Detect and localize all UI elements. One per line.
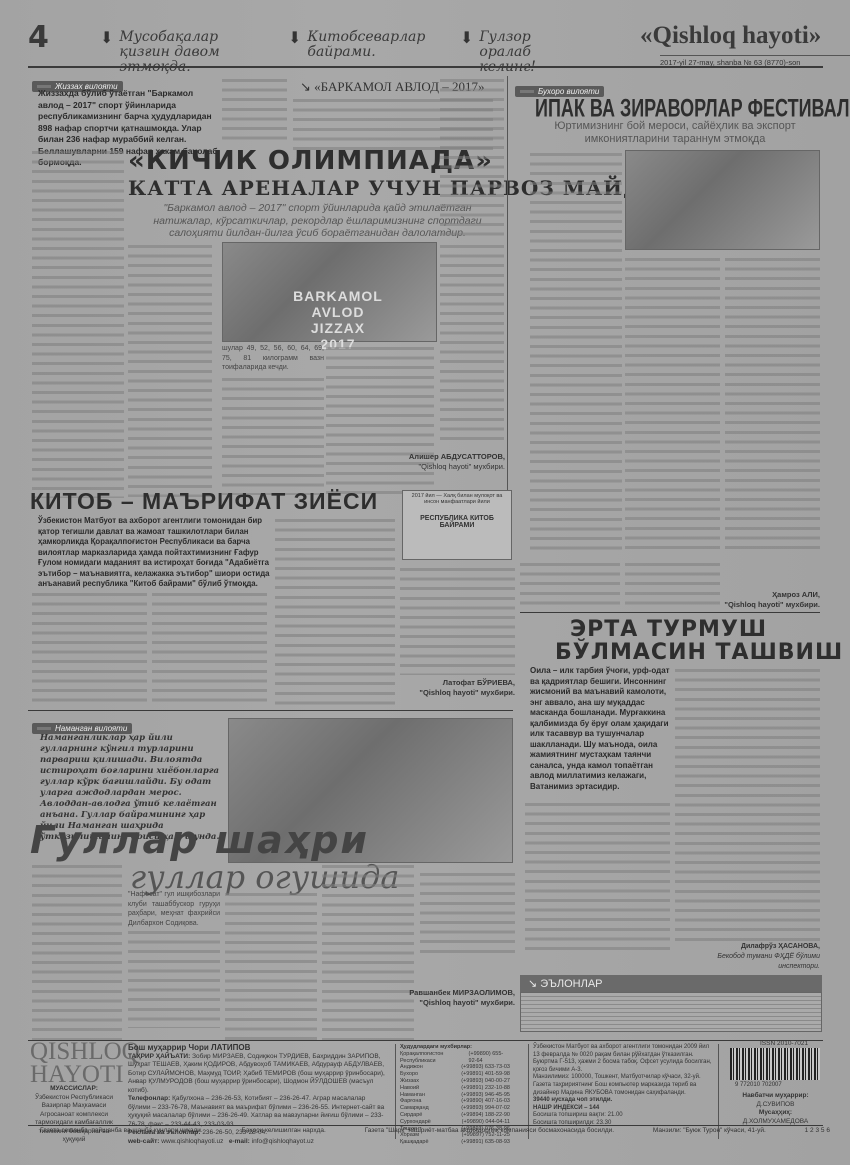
footer-logo: QISHLOQHAYOTI: [30, 1040, 120, 1086]
marriage-title-line2: БЎЛМАСИН ТАШВИШ: [555, 640, 843, 665]
teaser-1[interactable]: ⬇ Мусобақалар қизғин давом этмоқда.: [100, 30, 260, 75]
marriage-column-2: [675, 666, 820, 944]
marriage-column-1: [525, 800, 670, 955]
flowers-column-1: [32, 862, 122, 1042]
regional-row: Қорақалпоғистон Республикаси(+99890) 655…: [400, 1051, 510, 1065]
section-rule: [520, 612, 820, 613]
teaser-3[interactable]: ⬇ Гулзор оралаб келинг!: [460, 30, 585, 75]
arrow-down-icon: ⬇: [288, 30, 301, 60]
arrow-icon: ↘: [528, 978, 540, 990]
barcode-digits: 9 772010 702007: [735, 1081, 782, 1090]
regional-row: Жиззах(+99893) 040-00-27: [400, 1078, 510, 1085]
festival-photo: [625, 150, 820, 250]
arrow-down-icon: ⬇: [460, 30, 473, 75]
teaser-2[interactable]: ⬇ Китобсеварлар байрами.: [288, 30, 428, 60]
flowers-column-4: [322, 862, 414, 1042]
books-title: КИТОБ – МАЪРИФАТ ЗИЁСИ: [30, 488, 378, 515]
flowers-column-3: [225, 890, 317, 1040]
newspaper-page: 4 ⬇ Мусобақалар қизғин давом этмоқда. ⬇ …: [0, 0, 850, 1165]
festival-column-1: [530, 150, 622, 550]
olympiad-column-4: [326, 344, 434, 496]
flowers-column-5: [420, 870, 515, 955]
olympiad-column-2: [128, 242, 212, 497]
marriage-byline: Дилафрўз ҲАСАНОВА,Бекобод тумани ФҲДЁ бў…: [690, 942, 820, 972]
books-byline: Латофат БЎРИЕВА,"Qishloq hayoti" мухбири…: [400, 678, 515, 698]
header-rule: [28, 66, 823, 68]
marriage-title-line1: ЭРТА ТУРМУШ: [570, 617, 767, 642]
regional-row: Самарқанд(+99893) 994-07-02: [400, 1105, 510, 1112]
email-link[interactable]: info@qishloqhayot.uz: [252, 1138, 314, 1145]
festival-column-2: [625, 255, 720, 555]
notices-header: ↘ ЭЪЛОНЛАР: [520, 975, 822, 992]
festival-column-4: [520, 560, 620, 610]
festival-title: ИПАК ВА ЗИРАВОРЛАР ФЕСТИВАЛИ: [535, 94, 850, 123]
festival-column-5: [625, 560, 720, 610]
regional-row: Бухоро(+99891) 401-59-98: [400, 1071, 510, 1078]
marriage-lead: Оила – илк тарбия ўчоғи, урф-одат ва қад…: [530, 666, 670, 792]
regional-row: Фарғона(+99890) 407-16-03: [400, 1098, 510, 1105]
regional-row: Андижон(+99893) 633-73-03: [400, 1064, 510, 1071]
books-column-2: [152, 590, 267, 705]
flowers-title-line1: Гуллар шаҳри: [30, 818, 369, 862]
section-rule: [28, 710, 513, 711]
regional-row: Сирдарё(+99894) 188-22-90: [400, 1112, 510, 1119]
books-poster: 2017 йил — Халқ билан мулоқот ва инсон м…: [402, 490, 512, 560]
olympiad-column-6: [440, 76, 504, 236]
regional-row: Наманган(+99893) 946-45-95: [400, 1092, 510, 1099]
olympiad-column-left: [32, 148, 124, 498]
flowers-column-2: "Нафосат" гул ишқибозлари клуби ташаббус…: [128, 890, 220, 1040]
bottom-rule: [28, 1125, 823, 1126]
regional-row: Қашқадарё(+99891) 635-08-93: [400, 1139, 510, 1146]
books-column-3: [275, 516, 395, 706]
flowers-byline: Равшанбек МИРЗАОЛИМОВ,"Qishloq hayoti" м…: [400, 988, 515, 1008]
books-lead: Ўзбекистон Матбуот ва ахборот агентлиги …: [38, 516, 283, 590]
bottom-strip: Газета сешанба, пайшанба ва шанба кунлар…: [40, 1127, 830, 1136]
olympiad-byline: Алишер АБДУСАТТОРОВ,"Qishloq hayoti" мух…: [400, 452, 505, 472]
duty-staff: Навбатчи муҳаррир:Д.СУВИПОВ Мусаҳҳиҳ:Д.Х…: [728, 1092, 823, 1126]
olympiad-column-5: [440, 242, 504, 442]
books-column-1: [32, 590, 147, 705]
olympiad-title: «КИЧИК ОЛИМПИАДА»: [128, 146, 493, 176]
footer-rule: [28, 1040, 823, 1041]
arrow-icon: ↘: [300, 79, 314, 94]
arrow-down-icon: ⬇: [100, 30, 113, 75]
page-number: 4: [28, 20, 49, 55]
olympiad-column-top: [222, 76, 287, 146]
barcode: [730, 1048, 820, 1080]
notices-box: [520, 992, 822, 1032]
books-column-4: [400, 565, 515, 675]
olympiad-photo: BARKAMOL AVLOD JIZZAX 2017: [222, 242, 437, 342]
column-divider: [507, 76, 508, 496]
website-link[interactable]: www.qishloqhayoti.uz: [161, 1138, 223, 1145]
founders: МУАССИСЛАР:Ўзбекистон Республикаси Вазир…: [28, 1085, 120, 1145]
festival-subtitle: Юртимизнинг бой мероси, сайёҳлик ва эксп…: [535, 120, 815, 146]
regional-row: Навоий(+99891) 232-10-88: [400, 1085, 510, 1092]
olympiad-column-3: шулар 49, 52, 56, 60, 64, 69, 75, 81 кил…: [222, 344, 324, 496]
masthead: «Qishloq hayoti»: [640, 22, 821, 50]
festival-byline: Ҳамроз АЛИ,"Qishloq hayoti" мухбири.: [715, 590, 820, 610]
publication-info: Ўзбекистон Матбуот ва ахборот агентлиги …: [533, 1044, 713, 1128]
festival-column-3: [725, 255, 820, 555]
